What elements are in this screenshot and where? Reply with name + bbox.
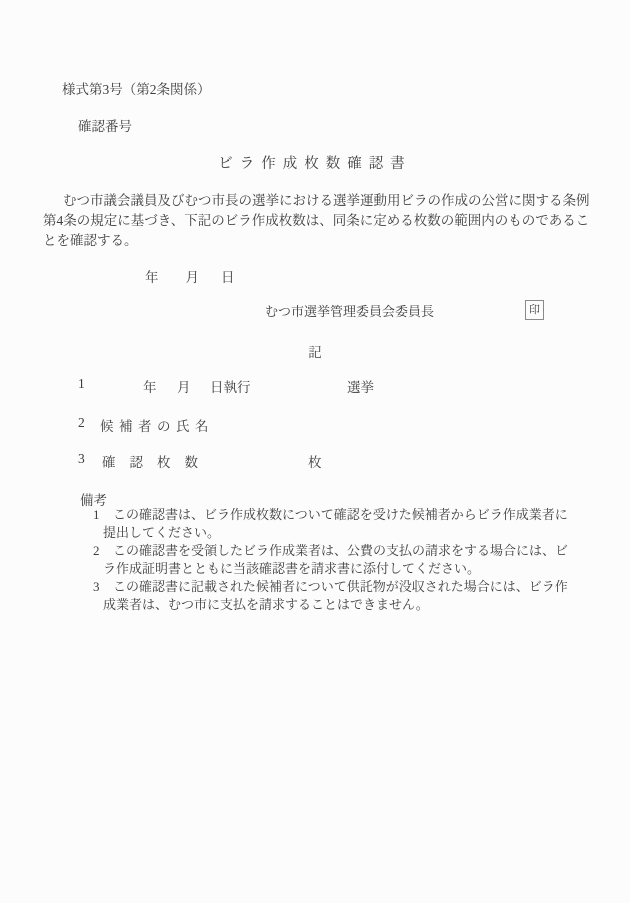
- date-year-label: 年: [145, 270, 159, 285]
- item-1-number: 1: [78, 376, 85, 392]
- date-day-label: 日: [221, 270, 235, 285]
- remarks-list: 1 この確認書は、ビラ作成枚数について確認を受けた候補者からビラ作成業者に提出し…: [0, 506, 600, 614]
- document-title: ビラ作成枚数確認書: [0, 152, 630, 173]
- item-1-election-label: 選挙: [347, 376, 374, 396]
- remark-2-number: 2: [93, 542, 100, 560]
- record-heading: 記: [0, 341, 630, 361]
- remark-3-text: この確認書に記載された候補者について供託物が没収された場合には、ビラ作成業者は、…: [103, 578, 576, 614]
- remark-1-number: 1: [93, 506, 100, 524]
- remark-2-text: この確認書を受領したビラ作成業者は、公費の支払の請求をする場合には、ビラ作成証明…: [103, 542, 576, 578]
- issuer-title: むつ市選挙管理委員会委員長: [265, 301, 434, 320]
- item-1-day-executed-label: 日執行: [210, 376, 251, 396]
- form-number-label: 様式第3号（第2条関係）: [62, 78, 211, 98]
- item-2-number: 2: [78, 415, 85, 431]
- seal-placeholder: 印: [525, 300, 544, 320]
- remark-3-number: 3: [93, 578, 100, 596]
- item-1-year-label: 年: [143, 376, 157, 396]
- item-3-unit-label: 枚: [308, 451, 322, 471]
- confirmation-number-label: 確認番号: [78, 115, 132, 135]
- item-row-candidate-name: 2 候補者の氏名: [0, 415, 630, 433]
- item-row-election-date: 1 年 月 日執行 選挙: [0, 376, 630, 394]
- item-3-number: 3: [78, 451, 85, 467]
- remark-item: 2 この確認書を受領したビラ作成業者は、公費の支払の請求をする場合には、ビラ作成…: [0, 542, 600, 578]
- item-row-confirmed-count: 3 確認枚数 枚: [0, 451, 630, 469]
- item-1-month-label: 月: [177, 376, 191, 396]
- remark-1-text: この確認書は、ビラ作成枚数について確認を受けた候補者からビラ作成業者に提出してく…: [103, 506, 576, 542]
- remark-item: 3 この確認書に記載された候補者について供託物が没収された場合には、ビラ作成業者…: [0, 578, 600, 614]
- remark-item: 1 この確認書は、ビラ作成枚数について確認を受けた候補者からビラ作成業者に提出し…: [0, 506, 600, 542]
- item-3-label: 確認枚数: [102, 451, 212, 471]
- item-2-label: 候補者の氏名: [100, 415, 214, 435]
- date-line: 年月日: [145, 266, 235, 286]
- date-month-label: 月: [186, 270, 200, 285]
- document-page: 様式第3号（第2条関係） 確認番号 ビラ作成枚数確認書 むつ市議会議員及びむつ市…: [0, 0, 630, 903]
- body-paragraph: むつ市議会議員及びむつ市長の選挙における選挙運動用ビラの作成の公営に関する条例第…: [43, 191, 591, 251]
